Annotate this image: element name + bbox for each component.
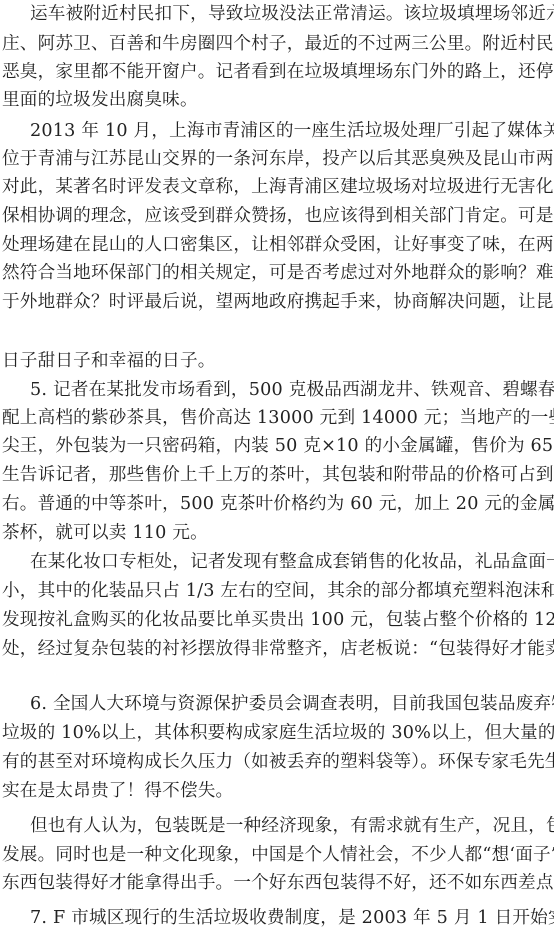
document-page: 运车被附近村民扣下，导致垃圾没法正常清运。该垃圾填埋场邻近六环，附近邻着二德庄、…: [0, 0, 554, 936]
text-line: 垃圾的 10%以上，其体积要构成家庭生活垃圾的 30%以上，但大量的包装物最后都…: [2, 720, 552, 746]
text-line: 但也有人认为，包装既是一种经济现象，有需求就有生产，况且，包装也可以拉动经济: [30, 813, 552, 839]
text-line: 处，经过复杂包装的衬衫摆放得非常整齐，店老板说：“包装得好才能卖得好。”: [2, 636, 552, 662]
text-line: 6. 全国人大环境与资源保护委员会调查表明，目前我国包装品废弃物约占城市家庭生活: [30, 691, 552, 717]
text-line: 然符合当地环保部门的相关规定，可是否考虑过对外地群众的影响？难道当地群众的利益高: [2, 260, 552, 286]
text-line: 东西包装得好才能拿得出手。一个好东西包装得不好，还不如东西差点包装得好一些。: [2, 870, 552, 896]
text-line: 运车被附近村民扣下，导致垃圾没法正常清运。该垃圾填埋场邻近六环，附近邻着二德: [30, 1, 552, 27]
text-line: 在某化妆口专柜处，记者发现有整盒成套销售的化妆品，礼品盒面一般都有 16K 纸的…: [30, 549, 552, 575]
text-line: 有的甚至对环境构成长久压力（如被丢弃的塑料袋等）。环保专家毛先生叹道，美丽的代价…: [2, 749, 552, 775]
text-line: 2013 年 10 月，上海市青浦区的一座生活垃圾处理厂引起了媒体关注，这座垃圾…: [30, 118, 552, 144]
text-line: 处理场建在昆山的人口密集区，让相邻群众受困，让好事变了味，在两地交界处建垃圾场虽: [2, 232, 552, 258]
text-line: 发现按礼盒购买的化妆品要比单买贵出 100 元，包装占整个价格的 12.5%左右…: [2, 607, 552, 633]
text-line: 里面的垃圾发出腐臭味。: [2, 87, 552, 113]
text-line: 生告诉记者，那些售价上千上万的茶叶，其包装和附带品的价格可占到茶叶总价格的 70…: [2, 462, 552, 488]
text-line: 7. F 市城区现行的生活垃圾收费制度，是 2003 年 5 月 1 日开始实施…: [30, 905, 552, 931]
text-line: 日子甜日子和幸福的日子。: [2, 348, 552, 374]
text-line: 右。普通的中等茶叶，500 克茶叶价格约为 60 元，加上 20 元的金属包装，…: [2, 491, 552, 517]
text-line: 实在是太昂贵了！得不偿失。: [2, 778, 552, 804]
text-line: 尖王，外包装为一只密码箱，内装 50 克×10 的小金属罐，售价为 650 元/…: [2, 433, 552, 459]
text-line: 于外地群众？时评最后说，望两地政府携起手来，协商解决问题，让昆山百姓早一天过上好: [2, 289, 552, 315]
text-line: 5. 记者在某批发市场看到，500 克极品西湖龙井、铁观音、碧螺春，用精美的檀木…: [30, 377, 552, 403]
text-line: 发展。同时也是一种文化现象，中国是个人情社会，不少人都“想‘面子’多于想‘污染’…: [2, 842, 552, 868]
text-line: 配上高档的紫砂茶具，售价高达 13000 元到 14000 元；当地产的一些茶叶…: [2, 405, 552, 431]
text-line: 恶臭，家里都不能开窗户。记者看到在垃圾填埋场东门外的路上，还停着大约十辆垃圾车，: [2, 59, 552, 85]
text-line: 庄、阿苏卫、百善和牛房圈四个村子，最近的不过两三公里。附近村民说，垃圾场平时飘出: [2, 31, 552, 57]
text-line: 保相协调的理念，应该受到群众赞扬，也应该得到相关部门肯定。可是，上海青浦区将垃圾: [2, 203, 552, 229]
text-line: 位于青浦与江苏昆山交界的一条河东岸，投产以后其恶臭殃及昆山市两个镇的数十万居民。: [2, 146, 552, 172]
text-line: 对此，某著名时评发表文章称，上海青浦区建垃圾场对垃圾进行无害化处理，符合发展与环: [2, 174, 552, 200]
text-line: 小，其中的化装品只占 1/3 左右的空间，其余的部分都填充塑料泡沫和丝绸。在询问…: [2, 578, 552, 604]
text-line: 茶杯，就可以卖 110 元。: [2, 520, 552, 546]
